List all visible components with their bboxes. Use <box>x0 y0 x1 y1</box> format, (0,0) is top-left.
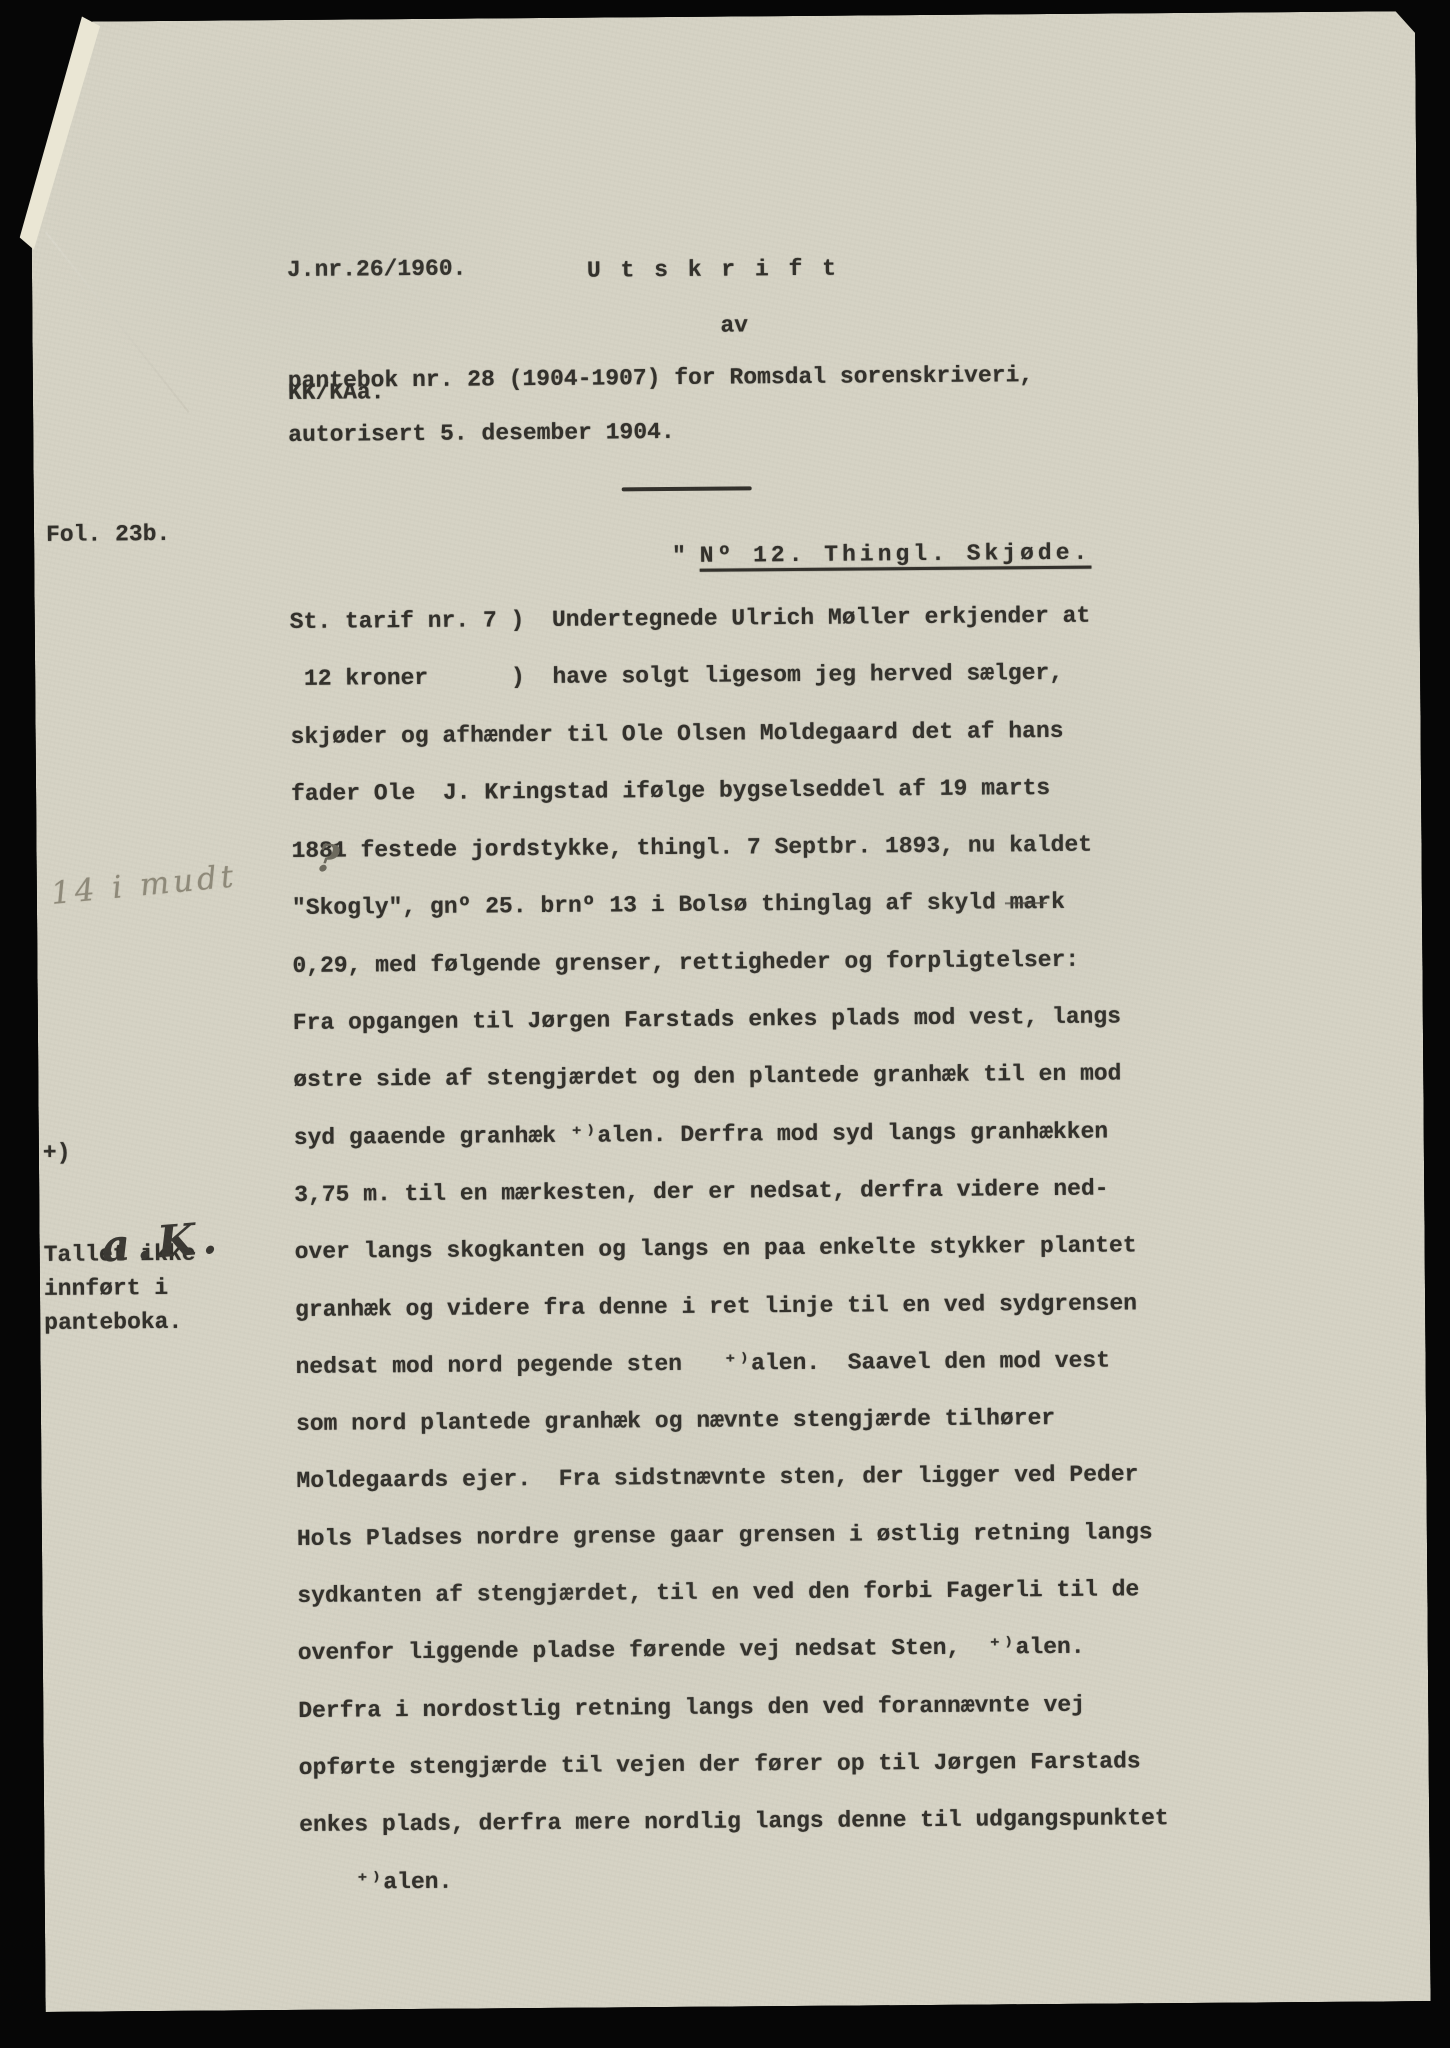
body-line: Hols Pladses nordre grense gaar grensen … <box>297 1504 1167 1568</box>
authorization-line: autorisert 5. desember 1904. <box>288 419 675 448</box>
source-register-line: pantebok nr. 28 (1904-1907) for Romsdal … <box>288 362 1034 394</box>
folio-reference: Fol. 23b. <box>46 521 170 548</box>
body-line: Moldegaards ejer. Fra sidstnævnte sten, … <box>296 1447 1166 1511</box>
body-line: 1881 festede jordstykke, thingl. 7 Septb… <box>291 816 1161 880</box>
body-line: Derfra i nordostlig retning langs den ve… <box>298 1676 1168 1740</box>
body-line: opførte stengjærde til vejen der fører o… <box>299 1733 1169 1797</box>
body-line: 12 kroner ) have solgt ligesom jeg herve… <box>290 644 1160 708</box>
body-line: ⁺⁾alen. <box>299 1848 1169 1912</box>
section-divider-rule <box>622 486 752 491</box>
body-line: "Skogly", gnº 25. brnº 13 i Bolsø thingl… <box>292 874 1162 938</box>
body-line: nedsat mod nord pegende sten ⁺⁾alen. Saa… <box>295 1332 1165 1396</box>
body-line: sydkanten af stengjærdet, til en ved den… <box>297 1561 1167 1625</box>
entry-heading: " Nº 12. Thingl. Skjøde. <box>589 514 1092 596</box>
body-line: fader Ole J. Kringstad ifølge bygselsedd… <box>291 759 1161 823</box>
footnote-marker: +) <box>43 1135 195 1170</box>
pencil-margin-note: 14 i mudt <box>49 858 238 912</box>
document-title: U t s k r i f t <box>587 256 839 284</box>
footnote-line: panteboka. <box>44 1305 196 1340</box>
body-line: 3,75 m. til en mærkesten, der er nedsat,… <box>294 1160 1164 1224</box>
underline-under-13 <box>1005 902 1047 904</box>
body-line: St. tarif nr. 7 ) Undertegnede Ulrich Mø… <box>290 587 1160 651</box>
heading-quote-mark: " <box>672 543 700 569</box>
heading-title: Nº 12. Thingl. Skjøde. <box>700 540 1092 569</box>
body-line: ovenfor liggende pladse førende vej neds… <box>298 1618 1168 1682</box>
scanned-page: J.nr.26/1960. KK/KAa. U t s k r i f t av… <box>30 11 1431 2012</box>
body-line: granhæk og videre fra denne i ret linje … <box>295 1275 1165 1339</box>
body-line: enkes plads, derfra mere nordlig langs d… <box>299 1790 1169 1854</box>
body-line: Fra opgangen til Jørgen Farstads enkes p… <box>293 988 1163 1052</box>
footnote-line: innført i <box>44 1271 196 1306</box>
title-connector: av <box>720 312 748 338</box>
journal-number: J.nr.26/1960. <box>287 249 467 291</box>
body-line: som nord plantede granhæk og nævnte sten… <box>296 1389 1166 1453</box>
body-line: syd gaaende granhæk ⁺⁾alen. Derfra mod s… <box>294 1103 1164 1167</box>
paper-sheet: J.nr.26/1960. KK/KAa. U t s k r i f t av… <box>30 11 1431 2012</box>
paper-crease <box>45 232 190 413</box>
body-line: over langs skogkanten og langs en paa en… <box>294 1217 1164 1281</box>
body-text: St. tarif nr. 7 ) Undertegnede Ulrich Mø… <box>290 587 1170 1912</box>
body-line: østre side af stengjærdet og den planted… <box>293 1046 1163 1110</box>
body-line: skjøder og afhænder til Ole Olsen Moldeg… <box>290 702 1160 766</box>
body-line: 0,29, med følgende grenser, rettigheder … <box>292 931 1162 995</box>
handwritten-initials: a.K. <box>100 1212 225 1272</box>
